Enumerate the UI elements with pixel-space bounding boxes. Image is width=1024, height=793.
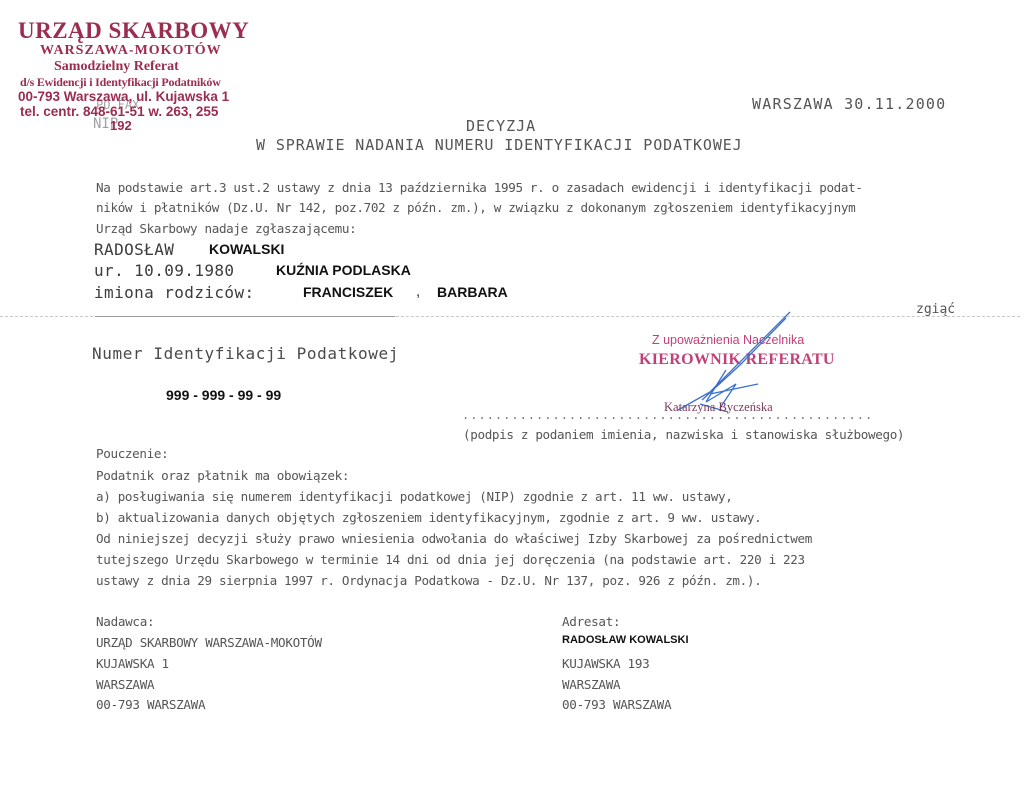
document-title: DECYZJA bbox=[466, 117, 536, 135]
instruction-item-b: b) aktualizowania danych objętych zgłosz… bbox=[96, 510, 761, 525]
office-stamp-unit: Samodzielny Referat bbox=[54, 59, 179, 75]
office-stamp-unit-scope: d/s Ewidencji i Identyfikacji Podatników bbox=[20, 75, 221, 90]
taxpayer-last-name: KOWALSKI bbox=[209, 241, 284, 257]
office-stamp-address: 00-793 Warszawa, ul. Kujawska 1 bbox=[18, 89, 229, 104]
recipient-name: RADOSŁAW KOWALSKI bbox=[562, 634, 689, 646]
sender-line: KUJAWSKA 1 bbox=[96, 656, 169, 671]
recipient-line: KUJAWSKA 193 bbox=[562, 656, 649, 671]
office-stamp-office: WARSZAWA-MOKOTÓW bbox=[40, 43, 222, 59]
sender-line: WARSZAWA bbox=[96, 677, 154, 692]
appeal-line-3: ustawy z dnia 29 sierpnia 1997 r. Ordyna… bbox=[96, 573, 761, 588]
parents-separator: , bbox=[416, 283, 420, 300]
place-date: WARSZAWA 30.11.2000 bbox=[752, 95, 946, 113]
instruction-heading: Pouczenie: bbox=[96, 446, 168, 461]
fold-line-solid bbox=[95, 316, 395, 317]
document-subtitle: W SPRAWIE NADANIA NUMERU IDENTYFIKACJI P… bbox=[256, 136, 743, 154]
recipient-label: Adresat: bbox=[562, 614, 620, 629]
intro-line-1: Na podstawie art.3 ust.2 ustawy z dnia 1… bbox=[96, 180, 863, 195]
nip-value: 999 - 999 - 99 - 99 bbox=[166, 387, 281, 403]
mother-name: BARBARA bbox=[437, 284, 508, 300]
sender-label: Nadawca: bbox=[96, 614, 154, 629]
taxpayer-first-name: RADOSŁAW bbox=[94, 240, 174, 259]
birth-date: ur. 10.09.1980 bbox=[94, 261, 234, 280]
sender-line: 00-793 WARSZAWA bbox=[96, 697, 205, 712]
reference-number: 192 bbox=[110, 118, 132, 133]
intro-line-2: ników i płatników (Dz.U. Nr 142, poz.702… bbox=[96, 200, 855, 215]
appeal-line-1: Od niniejszej decyzji służy prawo wniesi… bbox=[96, 531, 812, 546]
signature-caption: (podpis z podaniem imienia, nazwiska i s… bbox=[463, 427, 904, 442]
birth-place: KUŹNIA PODLASKA bbox=[276, 262, 411, 278]
office-stamp-phone: tel. centr. 848-61-51 w. 263, 255 bbox=[20, 104, 218, 119]
intro-line-3: Urząd Skarbowy nadaje zgłaszającemu: bbox=[96, 221, 356, 236]
office-stamp-title: URZĄD SKARBOWY bbox=[18, 18, 249, 44]
father-name: FRANCISZEK bbox=[303, 284, 393, 300]
instruction-obligation: Podatnik oraz płatnik ma obowiązek: bbox=[96, 468, 349, 483]
sender-line: URZĄD SKARBOWY WARSZAWA-MOKOTÓW bbox=[96, 635, 322, 650]
parents-label: imiona rodziców: bbox=[94, 283, 255, 302]
fold-label: zgiąć bbox=[916, 302, 955, 317]
instruction-item-a: a) posługiwania się numerem identyfikacj… bbox=[96, 489, 732, 504]
recipient-line: WARSZAWA bbox=[562, 677, 620, 692]
nip-label: Numer Identyfikacji Podatkowej bbox=[92, 344, 399, 363]
recipient-line: 00-793 WARSZAWA bbox=[562, 697, 671, 712]
appeal-line-2: tutejszego Urzędu Skarbowego w terminie … bbox=[96, 552, 805, 567]
signature-dotted-line: ........................................… bbox=[462, 408, 873, 422]
